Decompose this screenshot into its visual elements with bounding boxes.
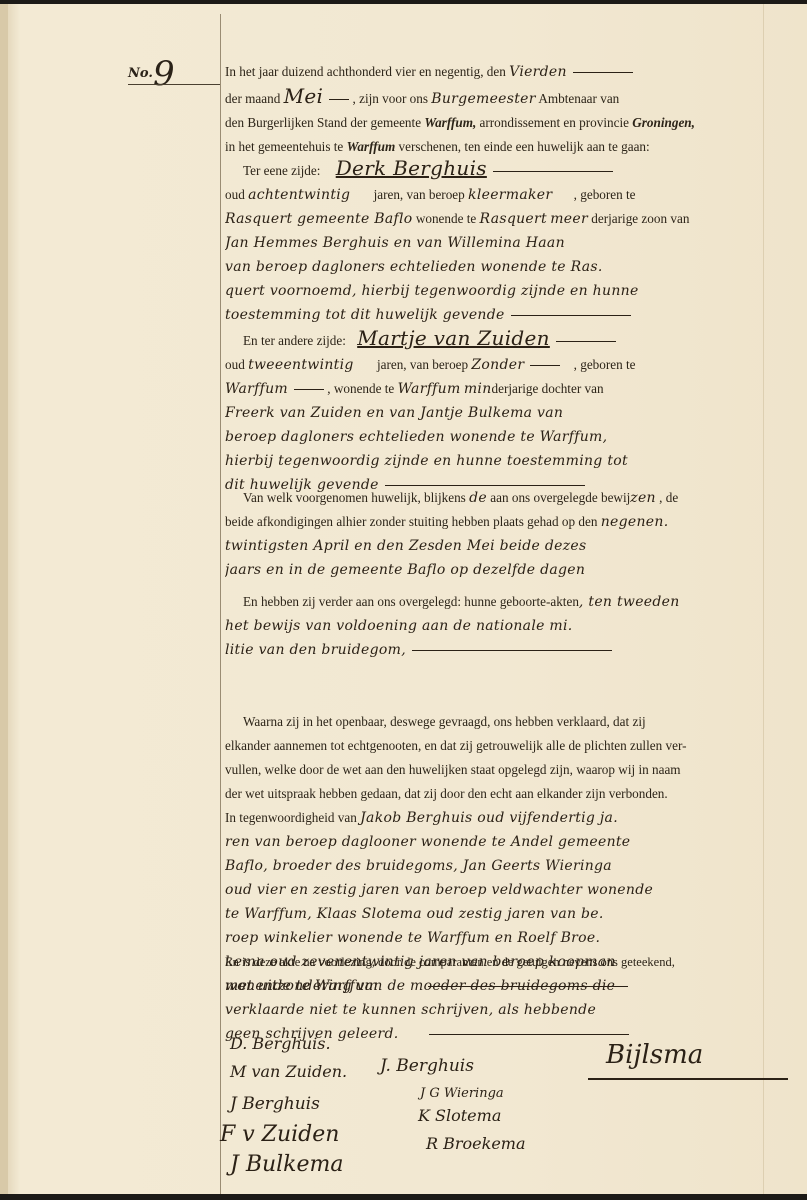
- handwritten-insert: de: [469, 490, 487, 506]
- intro-text: den Burgerlijken Stand der gemeente: [225, 115, 421, 130]
- register-page: No. 9 In het jaar duizend achthonderd vi…: [0, 4, 807, 1194]
- intro-text: in het gemeentehuis te: [225, 139, 343, 154]
- age-suffix: jaren, van beroep: [377, 357, 468, 372]
- declaration-line: der wet uitspraak hebben gedaan, dat zij…: [225, 782, 760, 806]
- bride-label: En ter andere zijde:: [243, 333, 346, 348]
- closing-line: verklaarde niet te kunnen schrijven, als…: [225, 998, 760, 1022]
- documents-line: het bewijs van voldoening aan de nationa…: [225, 614, 760, 638]
- documents-line: litie van den bruidegom,: [225, 642, 406, 658]
- signature-bride-mother: J Bulkema: [230, 1152, 344, 1177]
- age-prefix: oud: [225, 187, 245, 202]
- record-number-rule: [128, 84, 220, 85]
- declaration-section: Waarna zij in het openbaar, deswege gevr…: [225, 710, 760, 806]
- signature-groom: D. Berghuis.: [230, 1034, 331, 1053]
- intro-text: der maand: [225, 91, 280, 106]
- witness-line: te Warffum, Klaas Slotema oud zestig jar…: [225, 902, 760, 926]
- declaration-line: Waarna zij in het openbaar, deswege gevr…: [225, 710, 760, 734]
- declaration-line: vullen, welke door de wet aan den huweli…: [225, 758, 760, 782]
- documents-section: En hebben zij verder aan ons overgelegd:…: [225, 590, 760, 662]
- intro-paragraph: In het jaar duizend achthonderd vier en …: [225, 60, 760, 159]
- groom-parents-line: toestemming tot dit huwelijk gevende: [225, 307, 505, 323]
- groom-occupation: kleermaker: [468, 187, 552, 203]
- intro-text: Ambtenaar van: [538, 91, 619, 106]
- signature-witness-3: K Slotema: [418, 1106, 501, 1125]
- proclamation-text: Van welk voorgenomen huwelijk, blijkens: [243, 490, 466, 505]
- proclamation-dates-line: jaars en in de gemeente Baflo op dezelfd…: [225, 558, 760, 582]
- bride-parents-line: beroep dagloners echtelieden wonende te …: [225, 425, 760, 449]
- groom-name: Derk Berghuis: [336, 156, 487, 180]
- witness-line: Baflo, broeder des bruidegoms, Jan Geert…: [225, 854, 760, 878]
- groom-age: achtentwintig: [248, 187, 350, 203]
- bride-name: Martje van Zuiden: [357, 326, 550, 350]
- intro-text: , zijn voor ons: [353, 91, 428, 106]
- municipality-hall: Warffum: [347, 139, 396, 154]
- signature-witness-2: J G Wieringa: [420, 1086, 504, 1101]
- groom-parents-line: van beroep dagloners echtelieden wonende…: [225, 255, 760, 279]
- born-label: , geboren te: [574, 357, 636, 372]
- bride-parents-line: hierbij tegenwoordig zijnde en hunne toe…: [225, 449, 760, 473]
- status-text: derjarige dochter van: [492, 381, 604, 396]
- status-text: derjarige zoon van: [591, 211, 689, 226]
- bride-parents-line: Freerk van Zuiden en van Jantje Bulkema …: [225, 401, 760, 425]
- witness-line: Jakob Berghuis oud vijfendertig ja.: [360, 810, 618, 826]
- closing-text: En is deze akte na voorlezing, door de c…: [225, 950, 760, 974]
- bride-age: tweeentwintig: [248, 357, 354, 373]
- signature-witness-1: J Berghuis: [230, 1094, 320, 1114]
- closing-section: En is deze akte na voorlezing, door de c…: [225, 950, 760, 1046]
- margin-rule: [220, 14, 221, 1194]
- residing-label: wonende te: [416, 211, 476, 226]
- residing-label: , wonende te: [327, 381, 394, 396]
- municipality: Warffum,: [424, 115, 476, 130]
- intro-text: verschenen, ten einde een huwelijk aan t…: [399, 139, 650, 154]
- witness-line: oud vier en zestig jaren van beroep veld…: [225, 878, 760, 902]
- born-label: , geboren te: [574, 187, 636, 202]
- province: Groningen,: [632, 115, 695, 130]
- signature-registrar: Bijlsma: [606, 1040, 703, 1070]
- proclamations-section: Van welk voorgenomen huwelijk, blijkens …: [225, 486, 760, 582]
- witnesses-label: In tegenwoordigheid van: [225, 810, 357, 825]
- proclamation-text: , de: [659, 490, 678, 505]
- declaration-line: elkander aannemen tot echtgenooten, en d…: [225, 734, 760, 758]
- witness-line: roep winkelier wonende te Warffum en Roe…: [225, 926, 760, 950]
- proclamation-dates-line: twintigsten April en den Zesden Mei beid…: [225, 534, 760, 558]
- groom-residence: Rasquert: [480, 211, 547, 227]
- handwritten-month: Mei: [284, 84, 324, 108]
- bride-residence: Warffum: [398, 381, 461, 397]
- bride-section: En ter andere zijde: Martje van Zuiden o…: [225, 326, 760, 497]
- bride-minority: min: [464, 381, 492, 397]
- proclamation-text: aan ons overgelegde bewij: [490, 490, 630, 505]
- groom-parents-line: Jan Hemmes Berghuis en van Willemina Haa…: [225, 231, 760, 255]
- record-number-label: No.: [128, 66, 153, 81]
- age-suffix: jaren, van beroep: [374, 187, 465, 202]
- proclamation-text: beide afkondigingen alhier zonder stuiti…: [225, 514, 597, 529]
- bride-birthplace: Warffum: [225, 381, 288, 397]
- documents-insert: , ten tweeden: [579, 594, 680, 610]
- groom-section: Ter eene zijde: Derk Berghuis oud achten…: [225, 156, 760, 327]
- groom-majority: meer: [550, 211, 588, 227]
- signature-bride: M van Zuiden.: [230, 1062, 347, 1081]
- registrar-underline: [588, 1078, 788, 1080]
- signature-witness-4: R Broekema: [426, 1134, 526, 1153]
- groom-label: Ter eene zijde:: [243, 163, 320, 178]
- proclamation-date: negenen.: [601, 514, 669, 530]
- signature-groom-father: J. Berghuis: [380, 1056, 474, 1076]
- handwritten-day: Vierden: [509, 64, 567, 80]
- documents-text: En hebben zij verder aan ons overgelegd:…: [243, 594, 579, 609]
- signature-bride-father: F v Zuiden: [220, 1122, 339, 1147]
- page-fold: [763, 4, 764, 1194]
- handwritten-official: Burgemeester: [431, 91, 535, 107]
- intro-text: arrondissement en provincie: [480, 115, 629, 130]
- handwritten-insert: zen: [630, 490, 656, 506]
- groom-birthplace: Rasquert gemeente Baflo: [225, 211, 413, 227]
- groom-parents-line: quert voornoemd, hierbij tegenwoordig zi…: [225, 279, 760, 303]
- intro-text: In het jaar duizend achthonderd vier en …: [225, 64, 506, 79]
- bride-occupation: Zonder: [471, 357, 524, 373]
- witness-line: ren van beroep daglooner wonende te Ande…: [225, 830, 760, 854]
- record-number: 9: [153, 54, 175, 94]
- closing-line: met uitzondering van de moeder des bruid…: [225, 974, 760, 998]
- age-prefix: oud: [225, 357, 245, 372]
